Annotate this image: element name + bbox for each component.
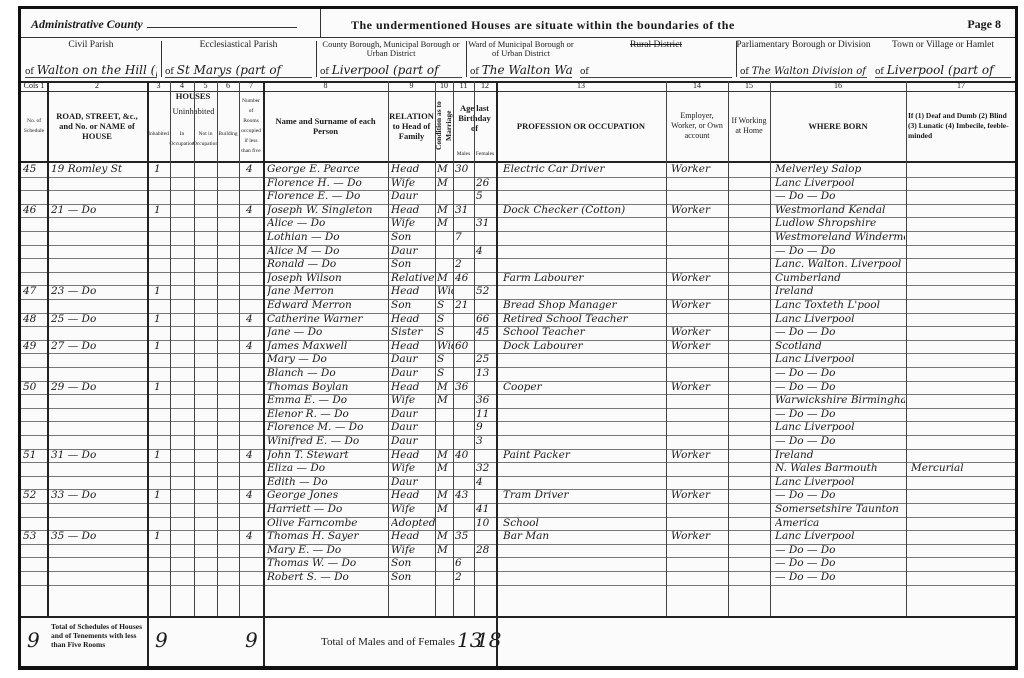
cell-inhab: 1 [154,340,168,352]
column-headers: No. of Schedule ROAD, STREET, &c., and N… [21,91,1015,163]
county-borough-label: County Borough, Municipal Borough or Urb… [316,40,466,58]
cell-address: 25 — Do [51,313,145,325]
cell-born: — Do — Do [775,571,905,583]
town-field: Town or Village or Hamlet ofLiverpool (p… [871,37,1015,81]
cell-name: Eliza — Do [267,462,387,474]
cell-born: Somersetshire Taunton [775,503,905,515]
cell-name: John T. Stewart [267,449,387,461]
cell-rooms: 4 [246,340,262,352]
cell-female: 4 [476,476,496,488]
table-row: Florence M. — DoDaur9Lanc Liverpool [21,421,1015,436]
cell-relation: Son [391,231,435,243]
table-row: 4519 Romley St14George E. PearceHeadM30E… [21,163,1015,178]
cell-name: Ronald — Do [267,258,387,270]
table-row: Florence E. — DoDaur5— Do — Do [21,190,1015,205]
table-row: Olive FarncombeAdopted10SchoolAmerica [21,517,1015,532]
civil-parish-label: Civil Parish [21,40,161,51]
header-schedule-no: No. of Schedule [21,91,47,161]
cell-name: Florence E. — Do [267,190,387,202]
cell-name: Catherine Warner [267,313,387,325]
cell-relation: Head [391,204,435,216]
cell-occupation: Farm Labourer [503,272,663,284]
header-females: Females [474,147,496,161]
cell-female: 31 [476,217,496,229]
total-schedules: 9 [27,628,40,652]
ecclesiastical-parish-field: Ecclesiastical Parish ofSt Marys (part o… [161,37,316,81]
cell-born: Lanc. Walton. Liverpool [775,258,905,270]
cell-relation: Wife [391,462,435,474]
cell-address: 23 — Do [51,285,145,297]
parliamentary-borough-label: Parliamentary Borough or Division [736,40,871,51]
cell-cond: S [437,367,453,379]
cell-born: — Do — Do [775,557,905,569]
town-value: ofLiverpool (part of [875,63,1011,78]
cell-address: 27 — Do [51,340,145,352]
cell-born: Westmoreland Windermere [775,231,905,243]
cell-relation: Son [391,557,435,569]
cell-rooms: 4 [246,204,262,216]
cell-occupation: Dock Labourer [503,340,663,352]
header-top: Administrative County The undermentioned… [21,9,1015,38]
cell-occupation: Dock Checker (Cotton) [503,204,663,216]
cell-female: 66 [476,313,496,325]
cell-rooms: 4 [246,313,262,325]
header-where-born: WHERE BORN [770,91,906,161]
cell-name: Joseph W. Singleton [267,204,387,216]
cell-born: Ireland [775,449,905,461]
administrative-county: Administrative County [21,9,321,37]
cell-born: — Do — Do [775,367,905,379]
cell-female: 26 [476,177,496,189]
table-row: Thomas W. — DoSon6— Do — Do [21,557,1015,572]
cell-name: Blanch — Do [267,367,387,379]
header-males: Males [453,147,474,161]
civil-parish-value: ofWalton on the Hill (part of [25,63,157,78]
total-males-females-label: Total of Males and of Females [321,636,455,648]
cell-name: Florence M. — Do [267,421,387,433]
table-row: Robert S. — DoSon2— Do — Do [21,571,1015,586]
cell-born: — Do — Do [775,435,905,447]
cell-name: Olive Farncombe [267,517,387,529]
table-row: 4825 — Do14Catherine WarnerHeadS66Retire… [21,313,1015,328]
cell-cond: S [437,313,453,325]
header-building: Building [217,107,239,161]
cell-name: James Maxwell [267,340,387,352]
cell-female: 13 [476,367,496,379]
cell-cond: S [437,299,453,311]
ward-value: ofThe Walton Ward (part of [470,63,572,78]
cell-occupation: Tram Driver [503,489,663,501]
cell-occupation: Bar Man [503,530,663,542]
table-row: 5131 — Do14John T. StewartHeadM40Paint P… [21,449,1015,464]
table-row: Alice — DoWifeM31Ludlow Shropshire [21,217,1015,232]
cell-inhab: 1 [154,285,168,297]
cell-name: Emma E. — Do [267,394,387,406]
total-schedules-label: Total of Schedules of Houses and of Tene… [51,622,143,649]
cell-name: Winifred E. — Do [267,435,387,447]
ecclesiastical-parish-value: ofSt Marys (part of [165,63,312,78]
cell-born: — Do — Do [775,544,905,556]
cell-cond: M [437,530,453,542]
table-row: Mary E. — DoWifeM28— Do — Do [21,544,1015,559]
cell-cond: S [437,326,453,338]
cell-name: Edith — Do [267,476,387,488]
totals-row: 9 Total of Schedules of Houses and of Te… [21,616,1015,666]
cell-relation: Head [391,530,435,542]
cell-address: 35 — Do [51,530,145,542]
parliamentary-borough-field: Parliamentary Borough or Division ofThe … [736,37,871,81]
civil-parish-field: Civil Parish ofWalton on the Hill (part … [21,37,161,81]
cell-sched: 45 [23,163,47,175]
cell-occupation: Cooper [503,381,663,393]
cell-female: 45 [476,326,496,338]
cell-relation: Wife [391,544,435,556]
cell-inhab: 1 [154,489,168,501]
table-row: Mary — DoDaurS25Lanc Liverpool [21,353,1015,368]
cell-name: Mary — Do [267,353,387,365]
cell-sched: 51 [23,449,47,461]
table-row: Harriett — DoWifeM41Somersetshire Taunto… [21,503,1015,518]
cell-born: Lanc Liverpool [775,530,905,542]
cell-cond: Wid [437,285,453,297]
header-not-in-occupation: Not in Occupation [194,117,217,161]
cell-name: George E. Pearce [267,163,387,175]
cell-born: Scotland [775,340,905,352]
cell-inhab: 1 [154,313,168,325]
cell-occupation: Bread Shop Manager [503,299,663,311]
header-relation: RELATION to Head of Family [388,91,435,161]
cell-born: Lanc Toxteth L'pool [775,299,905,311]
rural-district-value: of [580,63,732,78]
cell-name: Harriett — Do [267,503,387,515]
cell-sched: 47 [23,285,47,297]
cell-born: Ludlow Shropshire [775,217,905,229]
cell-name: Edward Merron [267,299,387,311]
cell-relation: Wife [391,177,435,189]
header-age: Age last Birthday of [453,91,496,145]
cell-occupation: School Teacher [503,326,663,338]
cell-male: 2 [455,571,474,583]
cell-name: Joseph Wilson [267,272,387,284]
cell-name: Thomas Boylan [267,381,387,393]
cell-relation: Daur [391,367,435,379]
cell-relation: Head [391,340,435,352]
ward-label: Ward of Municipal Borough or of Urban Di… [466,40,576,58]
cell-cond: M [437,544,453,556]
header-occupation: PROFESSION OR OCCUPATION [496,91,666,161]
cell-female: 25 [476,353,496,365]
county-borough-value: ofLiverpool (part of [320,63,462,78]
cell-female: 11 [476,408,496,420]
table-row: Alice M — DoDaur4— Do — Do [21,245,1015,260]
cell-born: Lanc Liverpool [775,353,905,365]
cell-cond: M [437,462,453,474]
cell-emp: Worker [671,449,727,461]
cell-male: 7 [455,231,474,243]
header-condition: Condition as to Marriage [435,91,453,161]
cell-female: 3 [476,435,496,447]
cell-born: Westmorland Kendal [775,204,905,216]
cell-inf: Mercurial [911,462,1011,474]
table-row: Eliza — DoWifeM32N. Wales BarmouthMercur… [21,462,1015,477]
cell-relation: Head [391,313,435,325]
table-row: 5029 — Do1Thomas BoylanHeadM36CooperWork… [21,381,1015,396]
table-row: 4927 — Do14James MaxwellHeadWid60Dock La… [21,340,1015,355]
cell-female: 52 [476,285,496,297]
town-label: Town or Village or Hamlet [871,40,1015,51]
cell-rooms: 4 [246,163,262,175]
cell-name: Florence H. — Do [267,177,387,189]
cell-cond: M [437,163,453,175]
table-row: Joseph WilsonRelativeM46Farm LabourerWor… [21,272,1015,287]
cell-relation: Wife [391,217,435,229]
table-row: Emma E. — DoWifeM36Warwickshire Birmingh… [21,394,1015,409]
cell-relation: Son [391,571,435,583]
census-page: Administrative County The undermentioned… [18,6,1018,670]
cell-born: — Do — Do [775,190,905,202]
cell-relation: Daur [391,408,435,420]
administrative-county-label: Administrative County [31,17,143,31]
cell-female: 28 [476,544,496,556]
cell-name: Alice — Do [267,217,387,229]
total-rooms: 9 [245,628,258,652]
cell-name: Thomas H. Sayer [267,530,387,542]
cell-cond: M [437,204,453,216]
cell-born: — Do — Do [775,326,905,338]
cell-relation: Daur [391,245,435,257]
cell-sched: 53 [23,530,47,542]
cell-occupation: School [503,517,663,529]
cell-sched: 52 [23,489,47,501]
table-row: 5233 — Do14George JonesHeadM43Tram Drive… [21,489,1015,504]
cell-cond: M [437,489,453,501]
cell-born: — Do — Do [775,245,905,257]
cell-relation: Daur [391,421,435,433]
table-row: 4621 — Do14Joseph W. SingletonHeadM31Doc… [21,204,1015,219]
parliamentary-borough-value: ofThe Walton Division of Liverpool / of … [740,66,867,78]
cell-cond: M [437,503,453,515]
table-row: Lothian — DoSon7Westmoreland Windermere [21,231,1015,246]
boundary-fields: Civil Parish ofWalton on the Hill (part … [21,37,1015,83]
cell-rooms: 4 [246,530,262,542]
cell-relation: Daur [391,190,435,202]
cell-inhab: 1 [154,163,168,175]
cell-address: 29 — Do [51,381,145,393]
table-row: Edward MerronSonS21Bread Shop ManagerWor… [21,299,1015,314]
cell-born: Cumberland [775,272,905,284]
cell-emp: Worker [671,272,727,284]
cell-male: 2 [455,258,474,270]
cell-born: Ireland [775,285,905,297]
cell-address: 33 — Do [51,489,145,501]
cell-male: 60 [455,340,474,352]
cell-sched: 50 [23,381,47,393]
ward-field: Ward of Municipal Borough or of Urban Di… [466,37,576,81]
cell-female: 10 [476,517,496,529]
cell-born: Lanc Liverpool [775,177,905,189]
header-infirmity: If (1) Deaf and Dumb (2) Blind (3) Lunat… [906,91,1016,161]
cell-inhab: 1 [154,204,168,216]
cell-female: 9 [476,421,496,433]
table-row: Jane — DoSisterS45School TeacherWorker— … [21,326,1015,341]
cell-born: Lanc Liverpool [775,421,905,433]
cell-relation: Head [391,381,435,393]
cell-name: Jane Merron [267,285,387,297]
table-row: Winifred E. — DoDaur3— Do — Do [21,435,1015,450]
table-row: 5335 — Do14Thomas H. SayerHeadM35Bar Man… [21,530,1015,545]
cell-born: Melverley Salop [775,163,905,175]
cell-inhab: 1 [154,530,168,542]
header-at-home: If Working at Home [728,91,770,161]
cell-relation: Sister [391,326,435,338]
cell-cond: M [437,272,453,284]
header-in-occupation: In Occupation [170,117,194,161]
header-uninhabited: Uninhabited [170,105,217,117]
cell-emp: Worker [671,489,727,501]
cell-born: America [775,517,905,529]
cell-male: 31 [455,204,474,216]
cell-female: 36 [476,394,496,406]
table-row: Edith — DoDaur4Lanc Liverpool [21,476,1015,491]
cell-emp: Worker [671,326,727,338]
cell-name: Alice M — Do [267,245,387,257]
cell-emp: Worker [671,530,727,542]
cell-born: — Do — Do [775,489,905,501]
cell-born: — Do — Do [775,408,905,420]
cell-relation: Head [391,449,435,461]
cell-sched: 46 [23,204,47,216]
cell-name: Lothian — Do [267,231,387,243]
cell-female: 41 [476,503,496,515]
rural-district-field: Rural District of [576,37,736,81]
cell-address: 21 — Do [51,204,145,216]
cell-female: 4 [476,245,496,257]
intro-text: The undermentioned Houses are situate wi… [351,18,735,33]
cell-cond: M [437,394,453,406]
cell-born: — Do — Do [775,381,905,393]
cell-relation: Head [391,489,435,501]
cell-inhab: 1 [154,381,168,393]
cell-male: 6 [455,557,474,569]
cell-male: 40 [455,449,474,461]
cell-male: 35 [455,530,474,542]
cell-relation: Daur [391,435,435,447]
cell-inhab: 1 [154,449,168,461]
header-rooms: Number of Rooms occupied if less than fi… [239,91,263,161]
cell-rooms: 4 [246,489,262,501]
cell-male: 21 [455,299,474,311]
cell-male: 30 [455,163,474,175]
cell-born: Lanc Liverpool [775,313,905,325]
header-address: ROAD, STREET, &c., and No. or NAME of HO… [47,91,147,161]
cell-male: 46 [455,272,474,284]
cell-male: 43 [455,489,474,501]
cell-relation: Son [391,258,435,270]
table-row: 4723 — Do1Jane MerronHeadWid52Ireland [21,285,1015,300]
cell-relation: Relative [391,272,435,284]
cell-name: Elenor R. — Do [267,408,387,420]
table-row: Blanch — DoDaurS13— Do — Do [21,367,1015,382]
cell-relation: Wife [391,394,435,406]
cell-male: 36 [455,381,474,393]
cell-relation: Wife [391,503,435,515]
cell-born: N. Wales Barmouth [775,462,905,474]
cell-address: 31 — Do [51,449,145,461]
cell-born: Lanc Liverpool [775,476,905,488]
county-borough-field: County Borough, Municipal Borough or Urb… [316,37,466,81]
cell-name: Jane — Do [267,326,387,338]
cell-occupation: Retired School Teacher [503,313,663,325]
header-employment: Employer, Worker, or Own account [666,91,728,161]
table-row: Florence H. — DoWifeM26Lanc Liverpool [21,177,1015,192]
cell-born: Warwickshire Birmingham [775,394,905,406]
cell-relation: Adopted [391,517,435,529]
cell-emp: Worker [671,381,727,393]
cell-name: George Jones [267,489,387,501]
cell-emp: Worker [671,204,727,216]
cell-relation: Son [391,299,435,311]
table-row: Ronald — DoSon2Lanc. Walton. Liverpool [21,258,1015,273]
cell-occupation: Electric Car Driver [503,163,663,175]
ecclesiastical-parish-label: Ecclesiastical Parish [161,40,316,51]
cell-emp: Worker [671,163,727,175]
cell-female: 32 [476,462,496,474]
header-inhabited: Inhabited [147,107,170,161]
total-inhabited: 9 [155,628,168,652]
cell-name: Robert S. — Do [267,571,387,583]
cell-sched: 48 [23,313,47,325]
cell-cond: M [437,177,453,189]
cell-occupation: Paint Packer [503,449,663,461]
cell-rooms: 4 [246,449,262,461]
page-number: Page 8 [967,17,1001,32]
cell-sched: 49 [23,340,47,352]
header-name: Name and Surname of each Person [263,91,388,161]
cell-relation: Daur [391,476,435,488]
cell-cond: Wid [437,340,453,352]
cell-relation: Head [391,285,435,297]
cell-cond: M [437,217,453,229]
cell-relation: Head [391,163,435,175]
cell-female: 5 [476,190,496,202]
cell-cond: S [437,353,453,365]
cell-name: Mary E. — Do [267,544,387,556]
cell-emp: Worker [671,340,727,352]
rural-district-label: Rural District [576,40,736,51]
cell-relation: Daur [391,353,435,365]
cell-cond: M [437,449,453,461]
table-row: Elenor R. — DoDaur11— Do — Do [21,408,1015,423]
cell-name: Thomas W. — Do [267,557,387,569]
cell-emp: Worker [671,299,727,311]
cell-address: 19 Romley St [51,163,145,175]
cell-cond: M [437,381,453,393]
